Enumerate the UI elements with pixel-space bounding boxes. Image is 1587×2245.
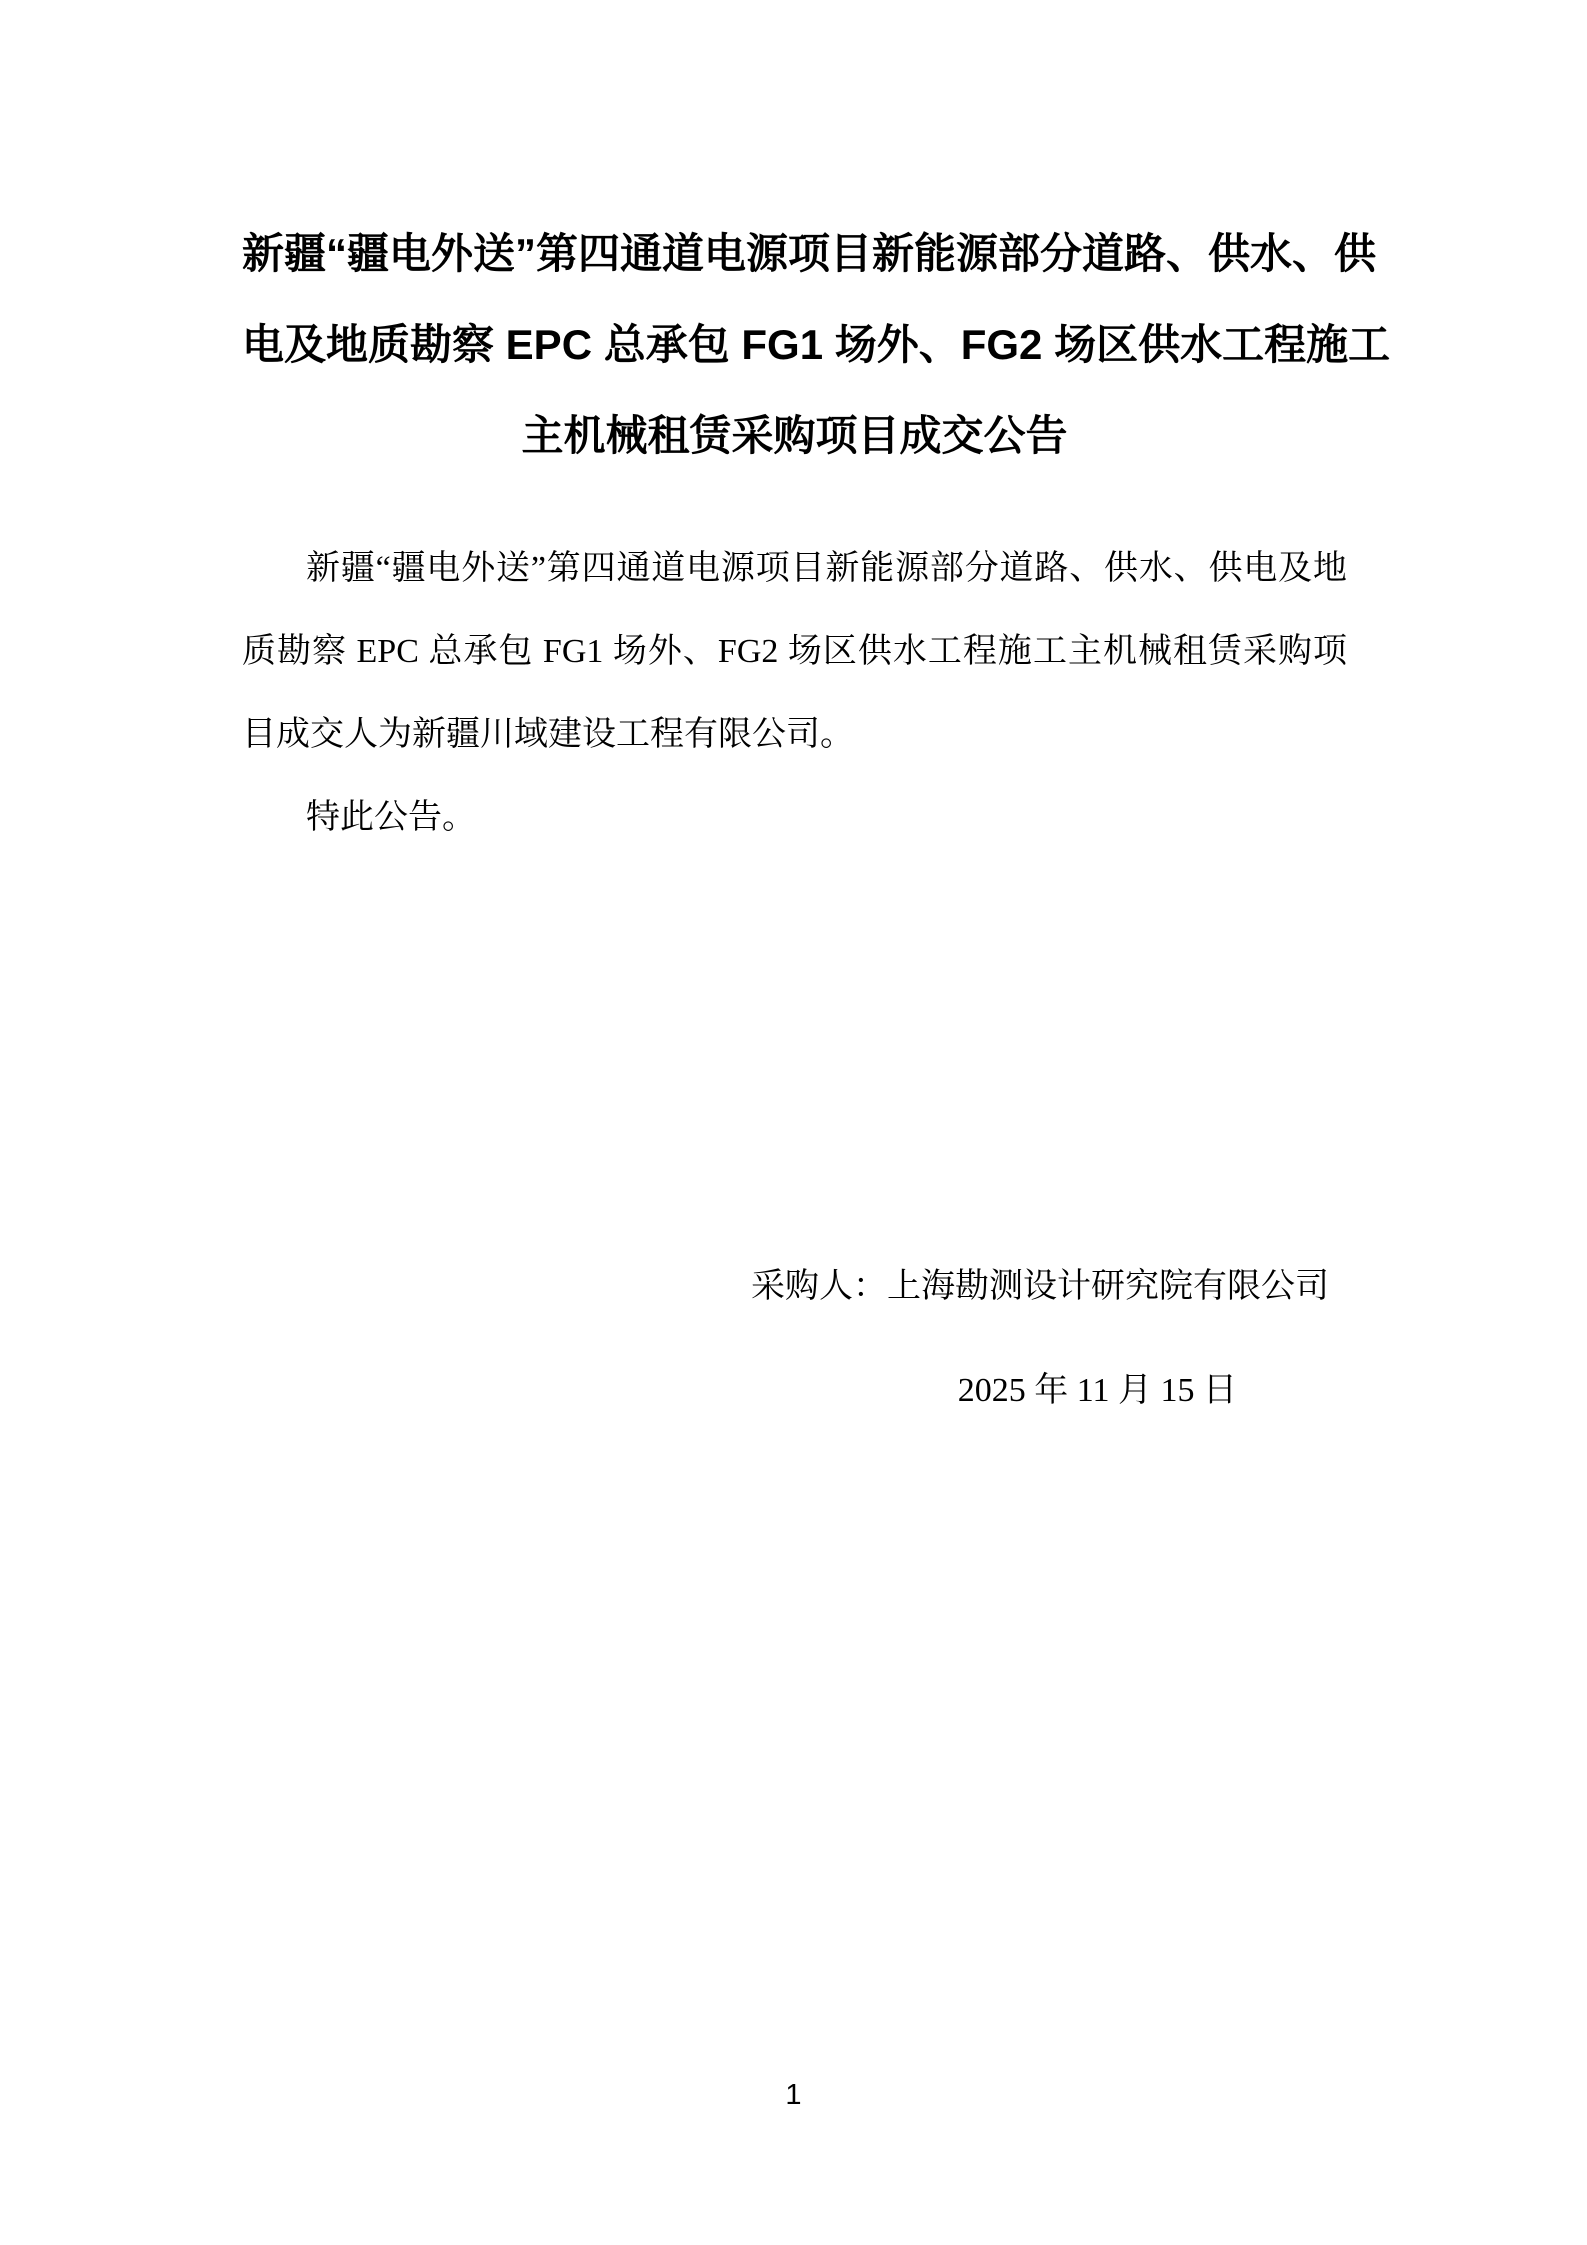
document-body: 新疆“疆电外送”第四通道电源项目新能源部分道路、供水、供电及地质勘察 EPC 总… xyxy=(242,527,1347,859)
document-title: 新疆“疆电外送”第四通道电源项目新能源部分道路、供水、供 电及地质勘察 EPC … xyxy=(242,208,1347,481)
title-line-2: 电及地质勘察 EPC 总承包 FG1 场外、FG2 场区供水工程施工 xyxy=(242,299,1347,390)
title-line-3: 主机械租赁采购项目成交公告 xyxy=(242,390,1347,481)
purchaser-line: 采购人：上海勘测设计研究院有限公司 xyxy=(242,1245,1347,1328)
purchaser-name: 上海勘测设计研究院有限公司 xyxy=(887,1268,1329,1305)
document-page: 新疆“疆电外送”第四通道电源项目新能源部分道路、供水、供 电及地质勘察 EPC … xyxy=(0,0,1587,2245)
page-number: 1 xyxy=(785,2079,801,2111)
award-paragraph: 新疆“疆电外送”第四通道电源项目新能源部分道路、供水、供电及地质勘察 EPC 总… xyxy=(242,527,1347,776)
page-footer: 1 xyxy=(0,2078,1587,2112)
date-line: 2025 年 11 月 15 日 xyxy=(242,1349,1347,1432)
signature-block: 采购人：上海勘测设计研究院有限公司 2025 年 11 月 15 日 xyxy=(242,1245,1347,1432)
purchaser-label: 采购人： xyxy=(751,1268,887,1305)
closing-paragraph: 特此公告。 xyxy=(242,776,1347,859)
title-line-1: 新疆“疆电外送”第四通道电源项目新能源部分道路、供水、供 xyxy=(242,208,1347,299)
